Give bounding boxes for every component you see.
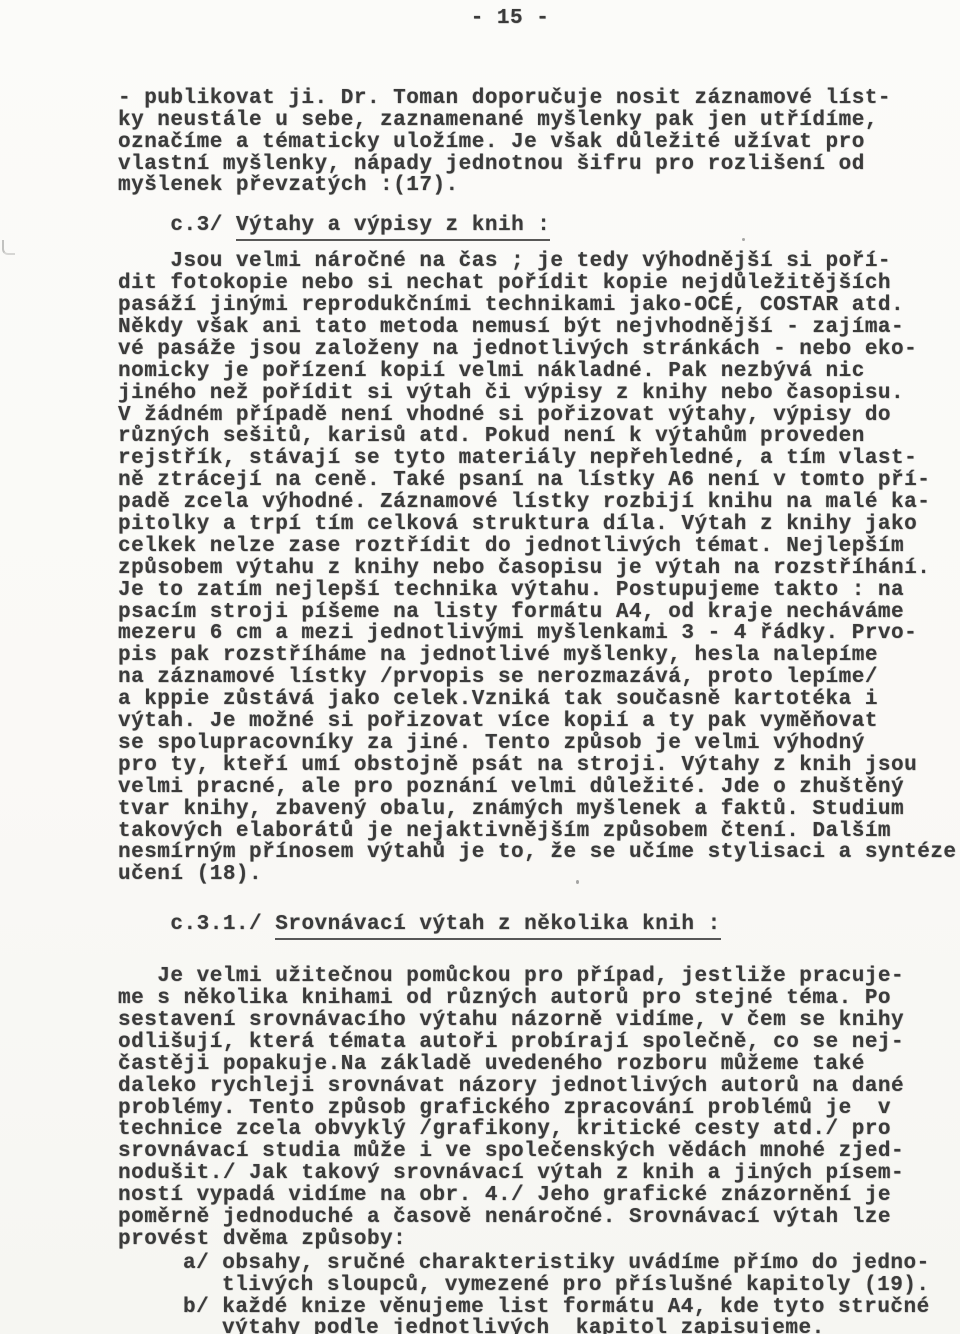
section-c3-heading: c.3/ Výtahy a výpisy z knih : [118,215,956,241]
section-c3-paragraph: Jsou velmi náročné na čas ; je tedy výho… [118,251,956,886]
text-line: na záznamové lístky /prvopis se nerozmaz… [118,667,956,689]
text-line: výtah. Je možné si pořizovat více kopií … [118,711,956,733]
scan-artifact [2,240,15,255]
text-line: nodušit./ Jak takový srovnávací výtah z … [118,1163,956,1185]
text-line: a kppie zůstává jako celek.Vzniká tak so… [118,689,956,711]
scan-speck [742,238,745,241]
text-line: Je velmi užitečnou pomůckou pro případ, … [118,966,956,988]
text-line: dit fotokopie nebo si nechat pořídit kop… [118,273,956,295]
section-c3-number: c.3/ [118,214,236,237]
text-line: vé pasáže jsou založeny na jednotlivých … [118,339,956,361]
text-line: označíme a tématicky uložíme. Je však dů… [118,132,956,154]
text-line: mezeru 6 cm a mezi jednotlivými myšlenka… [118,623,956,645]
text-line: provést dvěma způsoby: [118,1229,956,1251]
text-line: rejstřík, stávají se tyto materiály nepř… [118,448,956,470]
text-line: celkek nelze zase roztřídit do jednotliv… [118,536,956,558]
list-item-a-marker: a/ [183,1252,209,1275]
list-item-b-text: každé knize věnujeme list formátu A4, kd… [222,1296,930,1319]
text-line: technice zcela obvyklý /grafikony, kriti… [118,1119,956,1141]
intro-paragraph: - publikovat ji. Dr. Toman doporučuje no… [118,88,956,197]
text-line: jiného než pořídit si výtah či výpisy z … [118,383,956,405]
text-line: poměrně jednoduché a časově nenáročné. S… [118,1207,956,1229]
list-item-b-line-2: výtahy podle jednotlivých kapitol zapisu… [183,1318,956,1334]
section-c31-number: c.3.1./ [118,913,275,936]
text-line: srovnávací studia může i ve společenskýc… [118,1141,956,1163]
text-line: různých sešitů, karisů atd. Pokud není k… [118,426,956,448]
text-line: takových elaborátů je nejaktivnějším způ… [118,821,956,843]
list-item-a-text: obsahy, sručné charakteristiky uvádíme p… [222,1252,930,1275]
text-line: nesmírným přínosem výtahů je to, že se u… [118,842,956,864]
text-line: ně ztrácejí na ceně. Také psaní na lístk… [118,470,956,492]
list-item-a: a/obsahy, sručné charakteristiky uvádíme… [118,1253,956,1297]
text-line: psacím stroji píšeme na listy formátu A4… [118,602,956,624]
text-line: nomicky je pořízení kopií velmi nákladné… [118,361,956,383]
text-line: pitolky a trpí tím celková struktura díl… [118,514,956,536]
text-line: daleko rychleji srovnávat názory jednotl… [118,1076,956,1098]
text-line: způsobem výtahu z knihy nebo časopisu je… [118,558,956,580]
section-c31-paragraph: Je velmi užitečnou pomůckou pro případ, … [118,966,956,1251]
text-line: častěji popakuje.Na základě uvedeného ro… [118,1054,956,1076]
text-line: vlastní myšlenky, nápady jednotnou šifru… [118,154,956,176]
text-line: odlišují, která témata autoři probírají … [118,1032,956,1054]
list-item-a-line-1: a/obsahy, sručné charakteristiky uvádíme… [183,1253,956,1275]
list-item-b-line-1: b/každé knize věnujeme list formátu A4, … [183,1297,956,1319]
text-line: Je to zatím nejlepší technika výtahu. Po… [118,580,956,602]
text-line: tvar knihy, zbavený obalu, známých myšle… [118,799,956,821]
list-item-a-line-2: tlivých sloupců, vymezené pro příslušné … [183,1275,956,1297]
text-line: se spolupracovníky za jiné. Tento způsob… [118,733,956,755]
section-c31-heading: c.3.1./ Srovnávací výtah z několika knih… [118,914,956,940]
text-line: sestavení srovnávacího výtahu názorně vi… [118,1010,956,1032]
text-line: pis pak rozstříháme na jednotlivé myšlen… [118,645,956,667]
text-line: V žádném případě není vhodné si pořizova… [118,405,956,427]
section-c31-title: Srovnávací výtah z několika knih : [275,913,720,940]
text-line: Někdy však ani tato metoda nemusí být ne… [118,317,956,339]
text-line: padě zcela výhodné. Záznamové lístky roz… [118,492,956,514]
page-content: - publikovat ji. Dr. Toman doporučuje no… [118,88,956,1334]
text-line: pro ty, kteří umí obstojně psát na stroj… [118,755,956,777]
text-line: Jsou velmi náročné na čas ; je tedy výho… [118,251,956,273]
scanned-document-page: - 15 - - publikovat ji. Dr. Toman doporu… [0,0,960,1334]
text-line: velmi pracné, ale pro poznání velmi důle… [118,777,956,799]
section-c3-title: Výtahy a výpisy z knih : [236,214,550,241]
page-number: - 15 - [30,0,960,30]
text-line: me s několika knihami od různých autorů … [118,988,956,1010]
text-line: ností vypadá vidíme na obr. 4./ Jeho gra… [118,1185,956,1207]
text-line: učení (18). [118,864,956,886]
text-line: pasáží jinými reprodukčními technikami j… [118,295,956,317]
scan-speck [576,880,579,884]
text-line: myšlenek převzatých :(17). [118,175,956,197]
methods-list: a/obsahy, sručné charakteristiky uvádíme… [118,1253,956,1334]
text-line: problémy. Tento způsob grafického zpraco… [118,1098,956,1120]
list-item-b: b/každé knize věnujeme list formátu A4, … [118,1297,956,1334]
text-line: - publikovat ji. Dr. Toman doporučuje no… [118,88,956,110]
list-item-b-marker: b/ [183,1296,209,1319]
scan-speck [367,768,370,771]
text-line: ky neustále u sebe, zaznamenané myšlenky… [118,110,956,132]
